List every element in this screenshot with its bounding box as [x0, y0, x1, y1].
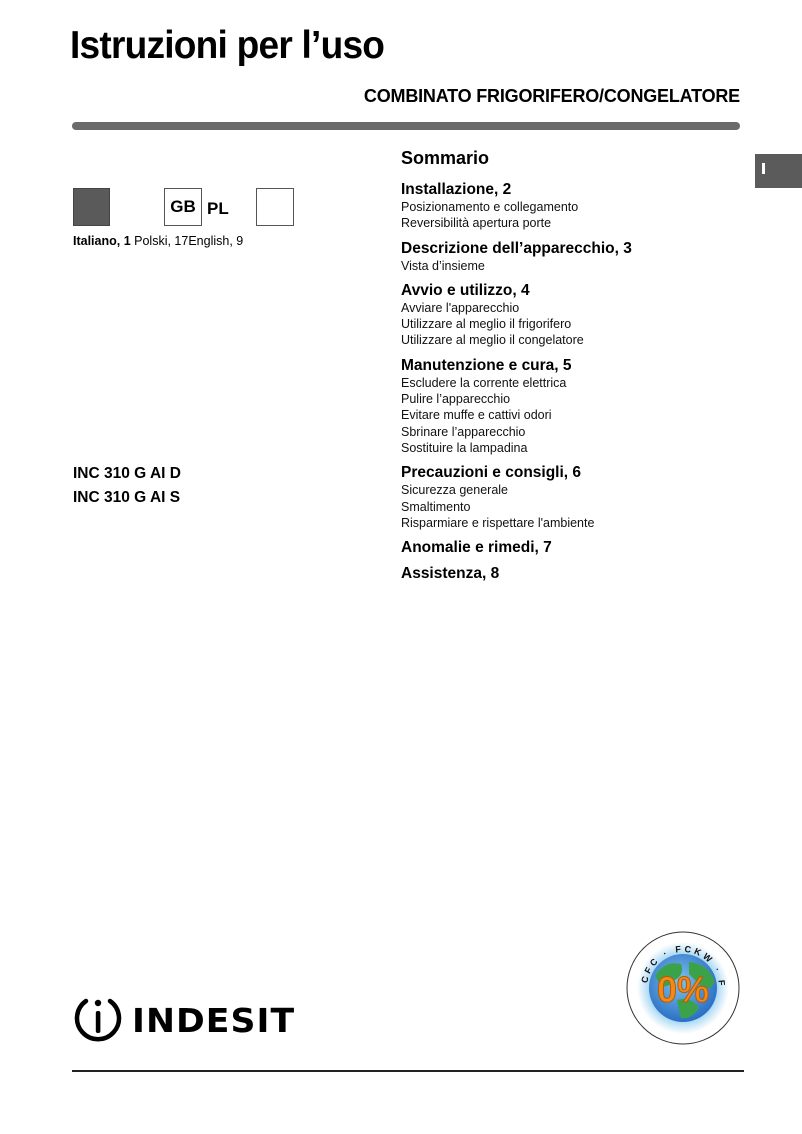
svg-text:0%: 0%: [657, 969, 709, 1010]
toc-item: Posizionamento e collegamento: [401, 199, 741, 215]
brand-name: INDESIT: [132, 1001, 295, 1040]
footer-divider: [72, 1070, 744, 1072]
toc-title: Sommario: [401, 148, 741, 169]
toc-item: Pulire l’apparecchio: [401, 391, 741, 407]
toc-item: Avviare l'apparecchio: [401, 300, 741, 316]
toc-section: Precauzioni e consigli, 6Sicurezza gener…: [401, 464, 741, 531]
toc-item: Sicurezza generale: [401, 482, 741, 498]
model-name: INC 310 G AI S: [73, 486, 181, 510]
toc-section: Anomalie e rimedi, 7: [401, 539, 741, 557]
language-box-empty: [256, 188, 294, 226]
toc-section-heading: Descrizione dell’apparecchio, 3: [401, 240, 741, 258]
toc-section-heading: Precauzioni e consigli, 6: [401, 464, 741, 482]
product-type: COMBINATO FRIGORIFERO/CONGELATORE: [364, 86, 740, 107]
model-name: INC 310 G AI D: [73, 462, 181, 486]
header-divider: [72, 122, 740, 130]
tab-label-glyph: [762, 163, 765, 174]
language-label-pl: PL: [207, 199, 229, 219]
toc-item: Reversibilità apertura porte: [401, 215, 741, 231]
cfc-free-globe-icon: 0% CFC · FCKW · FCK: [625, 930, 741, 1046]
toc-section: Assistenza, 8: [401, 565, 741, 583]
toc-section-heading: Anomalie e rimedi, 7: [401, 539, 741, 557]
model-list: INC 310 G AI D INC 310 G AI S: [73, 462, 181, 510]
toc-section-heading: Avvio e utilizzo, 4: [401, 282, 741, 300]
page-title: Istruzioni per l’uso: [70, 24, 384, 68]
language-box-current: [73, 188, 110, 226]
toc-item: Smaltimento: [401, 499, 741, 515]
toc-item: Utilizzare al meglio il frigorifero: [401, 316, 741, 332]
language-tab-marker: [755, 154, 802, 188]
toc-section-heading: Installazione, 2: [401, 181, 741, 199]
table-of-contents: Sommario Installazione, 2Posizionamento …: [401, 148, 741, 591]
toc-section-heading: Manutenzione e cura, 5: [401, 357, 741, 375]
toc-item: Risparmiare e rispettare l'ambiente: [401, 515, 741, 531]
language-index-others: Polski, 17English, 9: [131, 234, 244, 248]
cfc-free-badge: 0% CFC · FCKW · FCK: [625, 930, 741, 1046]
toc-item: Vista d’insieme: [401, 258, 741, 274]
toc-section: Descrizione dell’apparecchio, 3Vista d’i…: [401, 240, 741, 274]
language-index-current: Italiano, 1: [73, 234, 131, 248]
toc-section: Manutenzione e cura, 5Escludere la corre…: [401, 357, 741, 456]
indesit-power-icon: [72, 996, 124, 1044]
toc-item: Escludere la corrente elettrica: [401, 375, 741, 391]
toc-section: Installazione, 2Posizionamento e collega…: [401, 181, 741, 232]
toc-section-heading: Assistenza, 8: [401, 565, 741, 583]
language-index: Italiano, 1 Polski, 17English, 9: [73, 234, 243, 248]
language-box-gb: GB: [164, 188, 202, 226]
toc-item: Sostituire la lampadina: [401, 440, 741, 456]
toc-item: Sbrinare l’apparecchio: [401, 424, 741, 440]
toc-item: Utilizzare al meglio il congelatore: [401, 332, 741, 348]
toc-section: Avvio e utilizzo, 4Avviare l'apparecchio…: [401, 282, 741, 349]
toc-item: Evitare muffe e cattivi odori: [401, 407, 741, 423]
indesit-logo: INDESIT: [72, 996, 287, 1044]
